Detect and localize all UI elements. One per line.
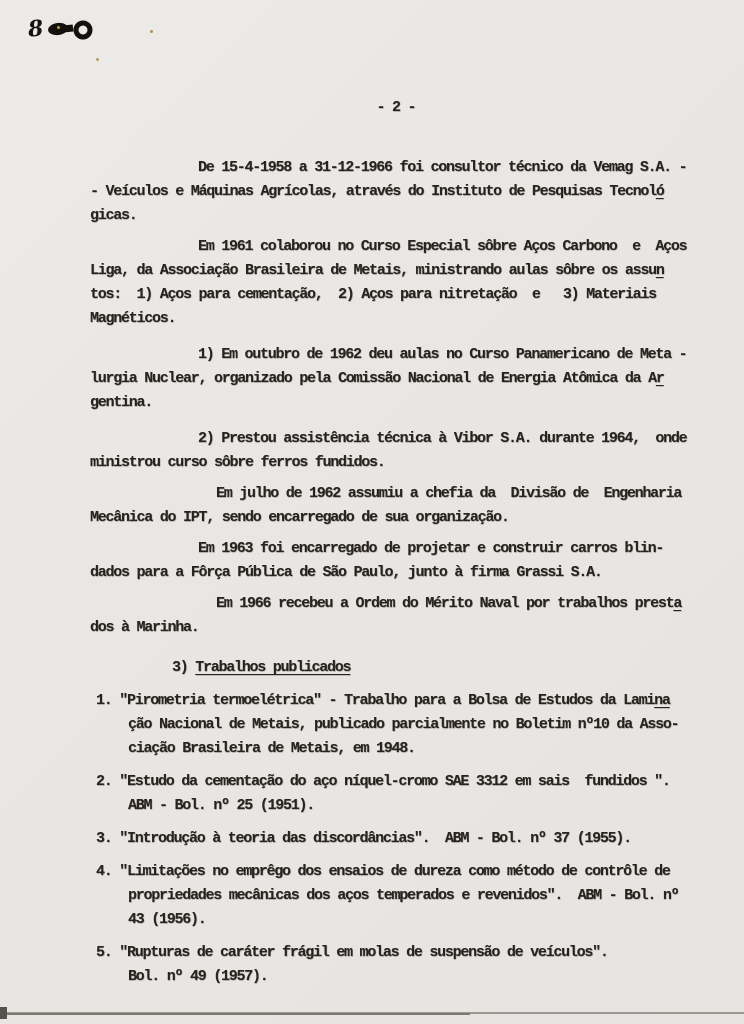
paragraph: 1) Em outubro de 1962 deu aulas no Curso…	[90, 343, 690, 415]
paragraph-line: gicas.	[90, 204, 690, 228]
publication-number: 1.	[96, 692, 119, 709]
paragraph-line: dados para a Fôrça Pública de São Paulo,…	[90, 561, 690, 585]
publication-number: 4.	[96, 863, 119, 880]
publication-line: Bol. nº 49 (1957).	[128, 965, 690, 989]
publication-line: 2. "Estudo da cementação do aço níquel-c…	[96, 770, 690, 794]
scan-speck	[96, 58, 99, 61]
publication-item: 1. "Pirometria termoelétrica" - Trabalho…	[96, 689, 690, 761]
paragraph: 2) Prestou assistência técnica à Vibor S…	[90, 427, 690, 475]
hyphenation-underline: r	[656, 370, 664, 387]
publication-item: 5. "Rupturas de caráter frágil em molas …	[96, 941, 690, 989]
publication-line: ciação Brasileira de Metais, em 1948.	[128, 737, 690, 761]
publication-line: 3. "Introdução à teoria das discordância…	[96, 827, 690, 851]
publication-number: 3.	[96, 830, 119, 847]
scan-edge-line-dark	[0, 1013, 470, 1015]
publication-item: 2. "Estudo da cementação do aço níquel-c…	[96, 770, 690, 818]
publication-line: propriedades mecânicas dos aços temperad…	[128, 884, 690, 908]
paragraph-line: Em julho de 1962 assumiu a chefia da Div…	[216, 482, 690, 506]
hyphenation-underline: ó	[656, 183, 664, 200]
paragraph-line: tos: 1) Aços para cementação, 2) Aços pa…	[90, 283, 690, 307]
publication-line: 1. "Pirometria termoelétrica" - Trabalho…	[96, 689, 690, 713]
paragraph-line: gentina.	[90, 391, 690, 415]
handwritten-mark: 8	[28, 16, 103, 42]
paragraph: Em julho de 1962 assumiu a chefia da Div…	[90, 482, 690, 530]
section-heading-line: 3) Trabalhos publicados	[172, 656, 690, 680]
publication-line: 4. "Limitações no emprêgo dos ensaios de…	[96, 860, 690, 884]
publication-number: 2.	[96, 773, 119, 790]
section-title: Trabalhos publicados	[195, 659, 350, 676]
paragraph-line: - Veículos e Máquinas Agrícolas, através…	[90, 180, 690, 204]
paragraph-line: Em 1966 recebeu a Ordem do Mérito Naval …	[216, 592, 690, 616]
paragraph-line: dos à Marinha.	[90, 616, 690, 640]
publication-item: 4. "Limitações no emprêgo dos ensaios de…	[96, 860, 690, 932]
hyphenation-underline: na	[654, 692, 670, 709]
scan-speck	[150, 30, 153, 33]
paragraph-line: Magnéticos.	[90, 307, 690, 331]
paragraph-line: lurgia Nuclear, organizado pela Comissão…	[90, 367, 690, 391]
paragraph-line: ministrou curso sôbre ferros fundidos.	[90, 451, 690, 475]
publication-line: ção Nacional de Metais, publicado parcia…	[128, 713, 690, 737]
paragraph-line: Liga, da Associação Brasileira de Metais…	[90, 259, 690, 283]
paragraph: Em 1963 foi encarregado de projetar e co…	[90, 537, 690, 585]
paragraph-line: Mecânica do IPT, sendo encarregado de su…	[90, 506, 690, 530]
hyphenation-underline: a	[673, 595, 681, 612]
handwritten-scribble-icon	[45, 16, 103, 42]
paragraph-line: 1) Em outubro de 1962 deu aulas no Curso…	[198, 343, 690, 367]
paragraph: Em 1961 colaborou no Curso Especial sôbr…	[90, 235, 690, 331]
section-heading: 3) Trabalhos publicados	[172, 656, 690, 680]
handwritten-digit: 8	[27, 15, 45, 42]
publication-line: 5. "Rupturas de caráter frágil em molas …	[96, 941, 690, 965]
scan-speck	[57, 26, 60, 29]
publication-number: 5.	[96, 944, 119, 961]
page-number: - 2 -	[330, 72, 690, 144]
paragraph: De 15-4-1958 a 31-12-1966 foi consultor …	[90, 156, 690, 228]
paragraph-line: Em 1961 colaborou no Curso Especial sôbr…	[198, 235, 690, 259]
publication-line: 43 (1956).	[128, 908, 690, 932]
publication-item: 3. "Introdução à teoria das discordância…	[96, 827, 690, 851]
publication-line: ABM - Bol. nº 25 (1951).	[128, 794, 690, 818]
text-column: - 2 - De 15-4-1958 a 31-12-1966 foi cons…	[90, 72, 690, 989]
scan-corner-mark	[0, 1007, 7, 1019]
section-number: 3)	[172, 659, 195, 676]
paragraph-line: De 15-4-1958 a 31-12-1966 foi consultor …	[198, 156, 690, 180]
hyphenation-underline: n	[656, 262, 664, 279]
paragraph-line: Em 1963 foi encarregado de projetar e co…	[198, 537, 690, 561]
scanned-page: 8 - 2 - De 15-4-1958 a 31-12-1966 foi co…	[0, 0, 744, 1024]
paragraph: Em 1966 recebeu a Ordem do Mérito Naval …	[90, 592, 690, 640]
paragraph-line: 2) Prestou assistência técnica à Vibor S…	[198, 427, 690, 451]
